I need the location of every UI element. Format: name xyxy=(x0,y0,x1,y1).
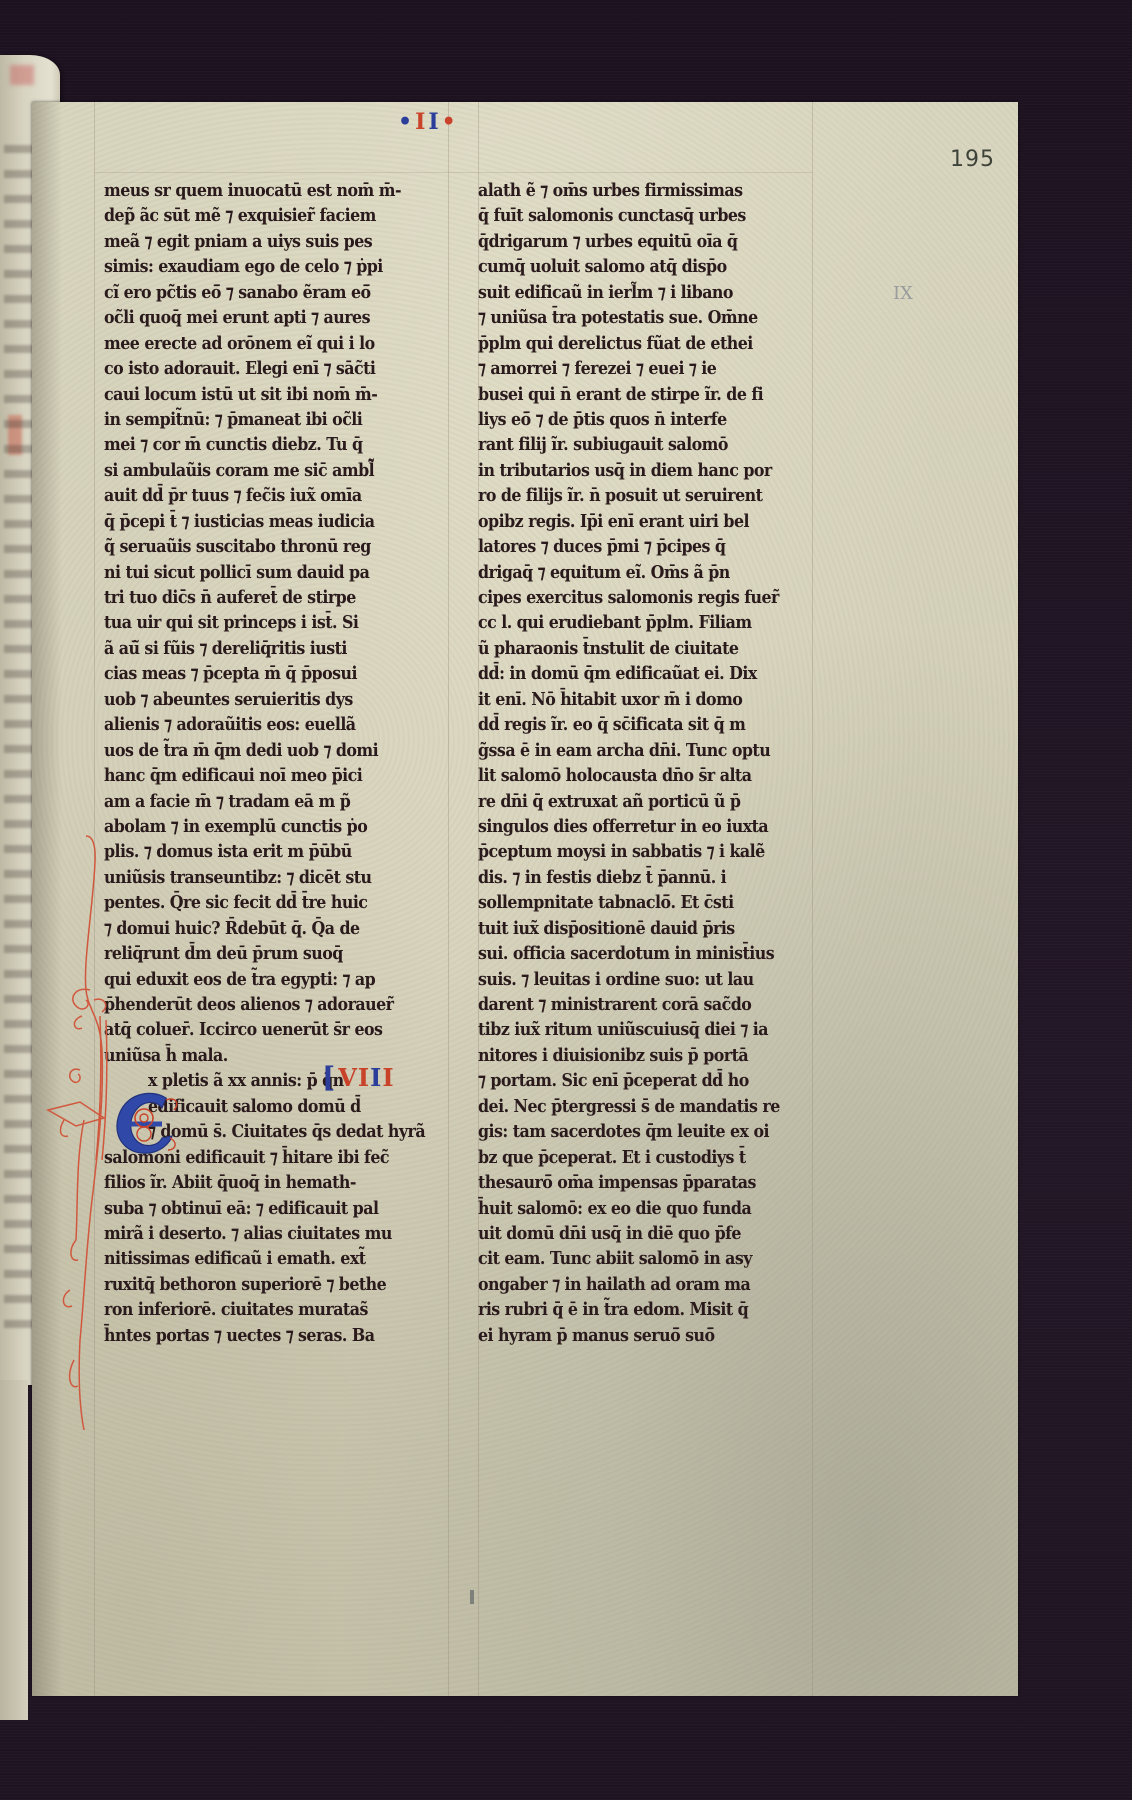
text-line: dep̃ ãc sūt mẽ ⁊ exquisier̃ faciem xyxy=(104,203,399,228)
text-line: gis: tam sacerdotes q̄̄m leuite ex oi xyxy=(478,1119,773,1144)
faded-margin-chapter-mark: IX xyxy=(893,283,913,304)
text-line: meus sr quem inuocatū est nom̄ m̄- xyxy=(104,178,399,203)
rubric-numeral-i: I xyxy=(382,1063,394,1092)
running-header-numeral: I xyxy=(428,109,439,135)
text-line: cumq̄ uoluit salomo atq̄ disp̄o xyxy=(478,254,773,279)
text-line: p̄plm qui derelictus fũat de ethei xyxy=(478,331,773,356)
text-line: uos de t̃ra m̄ q̄̄m dedi uob ⁊ domi xyxy=(104,738,399,763)
text-line: q̄ fuīt salomonis cunctasq̄ urbes xyxy=(478,203,773,228)
text-line: it enī. Nō h̄itabit uxor m̄ i domo xyxy=(478,687,773,712)
chapter-rubric: [ V I I I xyxy=(322,1062,395,1092)
rubric-bracket: [ xyxy=(322,1061,336,1094)
text-line: tuit iux̃ disp̄ositionē dauid p̄ris xyxy=(478,916,773,941)
ink-speck xyxy=(470,1590,474,1604)
running-header-numeral: I xyxy=(415,109,426,135)
text-line: liys eō̄ ⁊ de p̄̄tis quos n̄ interfe xyxy=(478,407,773,432)
text-line: ã aū̃ si fũis ⁊ dereliq̄ritis iusti xyxy=(104,636,399,661)
text-line: suit edificaũ in ierl̃m ⁊ i libano xyxy=(478,280,773,305)
text-line: ongaber ⁊ in hailath ad oram ma xyxy=(478,1272,773,1297)
text-line: sollempnitate tabnaclō̄. Et c̄sti xyxy=(478,890,773,915)
rubric-numeral-i: I xyxy=(370,1063,382,1092)
text-line: ũ pharaonis t̄nstulit de ciuitate xyxy=(478,636,773,661)
text-line: latores ⁊ duces p̄mi ⁊ p̄cipes q̄ xyxy=(478,534,773,559)
text-line: in tributarios usq̄ in diem hanc por xyxy=(478,458,773,483)
text-line: p̄ceptum moysi in sabbatis ⁊ i kalẽ xyxy=(478,839,773,864)
text-line: ni tui sicut pollicī sum dauid pa xyxy=(104,560,399,585)
text-line: simis: exaudiam ego de celo ⁊ ṗpi xyxy=(104,254,399,279)
text-line: rant filij ĩr. subiugauit salomō xyxy=(478,432,773,457)
folio-number: 195 xyxy=(950,147,995,172)
text-line: dd̄: in domū q̄̄m edificaũat ei. Dix xyxy=(478,661,773,686)
text-line: dis. ⁊ in festis diebz t̄ p̄annū. i xyxy=(478,865,773,890)
ruling-line xyxy=(94,172,812,173)
text-line: ⁊ portam. Sic enī p̄ceperat dd̄ ho xyxy=(478,1068,773,1093)
text-line: sui. officia sacerdotum in minist̄ius xyxy=(478,941,773,966)
right-text-column: alath ẽ ⁊ om̄s urbes firmissimasq̄ fuīt … xyxy=(478,178,773,1348)
text-line: auit dd̄ p̄r tuus ⁊ fec̃is iux̃ omīa xyxy=(104,483,399,508)
text-line: meã ⁊ egit pniam a uiys suis pes xyxy=(104,229,399,254)
text-line: tri tuo dic̄̄s n̄ auferet̄ de stirpe xyxy=(104,585,399,610)
text-line: caui locum istū ut sit ibi nom̄ m̄- xyxy=(104,382,399,407)
text-line: hanc q̄̄m edificaui noī meo p̄ici xyxy=(104,763,399,788)
running-header: • I I • xyxy=(398,108,457,136)
text-line: oc̃li quoq̄ mei erunt apti ⁊ aures xyxy=(104,305,399,330)
text-line: ro de filijs ĩr. n̄ posuit ut seruirent xyxy=(478,483,773,508)
text-line: dd̄ regis ĩr. eo q̄ sc̄ificata sit q̄ m xyxy=(478,712,773,737)
ruling-line xyxy=(812,102,813,1696)
text-line: g̃ssa ē in eam archa dn̄i. Tunc optu xyxy=(478,738,773,763)
text-line: thesaurō̄ om̄a impensas p̄paratas xyxy=(478,1170,773,1195)
text-line: ⁊ uniũsa t̄ra potestatis sue. Om̄ne xyxy=(478,305,773,330)
text-line: busei qui n̄ erant de stirpe ĩr. de fi xyxy=(478,382,773,407)
text-line: dei. Nec p̄tergressi s̄ de mandatis re xyxy=(478,1094,773,1119)
text-line: mei ⁊ cor m̄̄ cunctis diebz. Tu q̄ xyxy=(104,432,399,457)
text-line: si ambulaũis coram me sic̄ ambl̃̃ xyxy=(104,458,399,483)
text-line: q̃ seruaũis suscitabo thronū reg xyxy=(104,534,399,559)
text-line: tibz iux̃ ritum uniũscuiusq̄ diei ⁊ ia xyxy=(478,1017,773,1042)
text-line: alath ẽ ⁊ om̄s urbes firmissimas xyxy=(478,178,773,203)
text-line: opibz regis. Ip̄i enī erant uiri bel xyxy=(478,509,773,534)
text-line: re dn̄i q̄ extruxat añ porticū ũ p̄ xyxy=(478,789,773,814)
previous-leaf-lower-edge xyxy=(0,1380,28,1720)
text-line: in sempit̃nū: ⁊ p̄maneat ibi oc̃li xyxy=(104,407,399,432)
text-line: cias meas ⁊ p̄cepta m̄ q̄ p̄posui xyxy=(104,661,399,686)
text-line: ei hyram p̄ manus seruō̄ suō̄ xyxy=(478,1323,773,1348)
text-line: nitores i diuisionibz suis p̄ portā xyxy=(478,1043,773,1068)
text-line: ris rubri q̄ ē in t̃ra edom. Misit q̄ xyxy=(478,1297,773,1322)
text-line: suis. ⁊ leuitas i ordine suo: ut lau xyxy=(478,967,773,992)
text-line: uit domū dn̄i usq̄ in diē quo p̄fe xyxy=(478,1221,773,1246)
text-line: drigaq̄ ⁊ equitum eĩ. Om̄s ã p̄n xyxy=(478,560,773,585)
text-line: darent ⁊ ministrarent corā sac̃do xyxy=(478,992,773,1017)
running-header-dot: • xyxy=(398,109,413,135)
text-line: tua uir qui sit princeps i ist̄. Si xyxy=(104,610,399,635)
text-line: singulos dies offerretur in eo iuxta xyxy=(478,814,773,839)
previous-leaf-rubric-ghost xyxy=(10,65,34,85)
text-line: alienis ⁊ adoraũitis eos: euellã xyxy=(104,712,399,737)
text-line: uob ⁊ abeuntes seruieritis dys xyxy=(104,687,399,712)
text-line: cipes exercitus salomonis regis fuer̃ xyxy=(478,585,773,610)
text-line: lit salomō holocausta dn̄o s̄r alta xyxy=(478,763,773,788)
rubric-numeral-v: V xyxy=(338,1063,358,1092)
red-penwork-flourish xyxy=(40,820,160,1440)
text-line: h̄uit salomō: ex eo die quo funda xyxy=(478,1196,773,1221)
text-line: cĩ ero pc̃tis eō̄ ⁊ sanabo ẽram eō̄ xyxy=(104,280,399,305)
text-line: cit eam. Tunc abiit salomō in asy xyxy=(478,1246,773,1271)
text-line: cc l. qui erudiebant p̄plm. Filiam xyxy=(478,610,773,635)
ruling-line xyxy=(448,102,449,1696)
text-line: co isto adorauit. Elegi enī ⁊ sāc̃ti xyxy=(104,356,399,381)
margin-mark-text: IX xyxy=(893,283,913,304)
text-line: bz que p̄ceperat. Et i custodiys t̄ xyxy=(478,1145,773,1170)
rubric-numeral-i: I xyxy=(358,1063,370,1092)
text-line: ⁊ amorrei ⁊ ferezei ⁊ euei ⁊ ie xyxy=(478,356,773,381)
text-line: am a facie m̄ ⁊ tradam eā m p̃ xyxy=(104,789,399,814)
text-line: q̄ p̄cepi t̄ ⁊ iusticias meas iudicia xyxy=(104,509,399,534)
running-header-dot: • xyxy=(442,109,457,135)
text-line: mee erecte ad orōnem eĩ qui i lo xyxy=(104,331,399,356)
text-line: q̄drigarum ⁊ urbes equitū oīa q̄ xyxy=(478,229,773,254)
